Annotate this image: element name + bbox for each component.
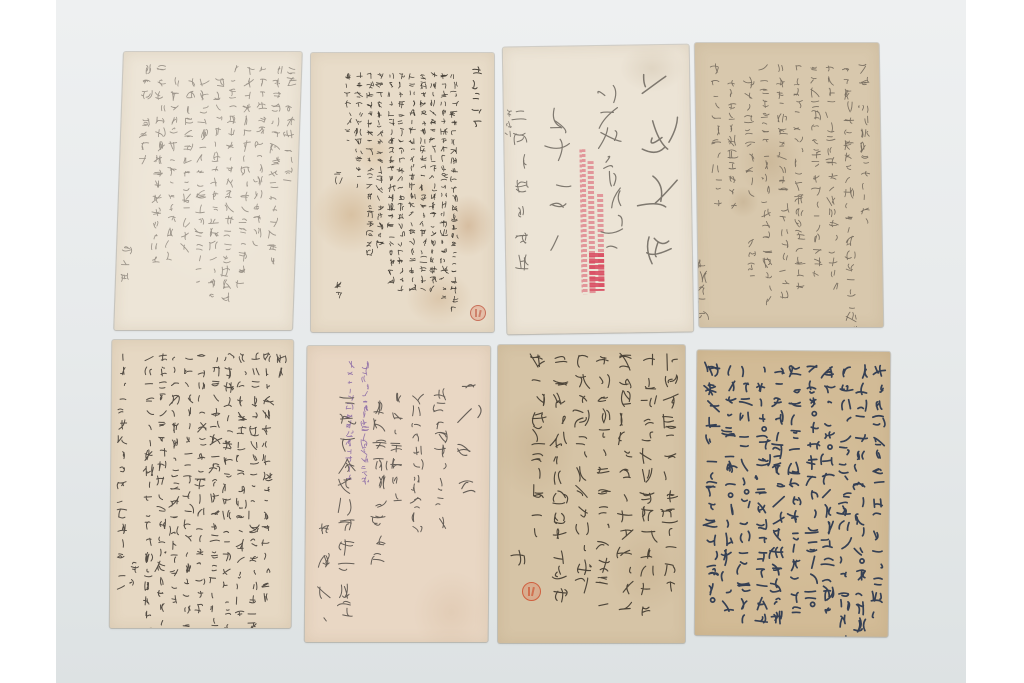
handwriting-strokes bbox=[808, 63, 824, 291]
handwriting-strokes bbox=[194, 352, 208, 628]
handwritten-text: 拝啓暫くの間御無沙汰致しましてすみません其の御家族様に御かはりは御座いませんか小… bbox=[110, 340, 294, 628]
text-column: 許して下さい皆様には其の後ト bbox=[595, 353, 613, 611]
handwriting-strokes bbox=[154, 352, 168, 628]
text-column: 拝啓初冬の候と相成りました bbox=[661, 353, 679, 595]
postcard-row2-4: 緑の陵線をゆるやかなカーブを描き向ふのお国まで伸びてゐる。白い線本かの道がのたく… bbox=[695, 350, 890, 637]
text-column: って匪賊の討伐に当分中の頃であります bbox=[168, 352, 182, 607]
text-column: 御祈り申上げ候 bbox=[390, 391, 404, 507]
text-column: 北満の曠野より遙かに bbox=[432, 386, 448, 529]
text-column: 草々 bbox=[128, 352, 142, 592]
text-column: 三田勇、 bbox=[316, 521, 333, 633]
handwriting-strokes bbox=[869, 364, 887, 637]
handwriting-strokes bbox=[119, 64, 138, 296]
handwriting-strokes bbox=[115, 352, 129, 605]
handwritten-text: 前略 御免下さいませ御送別会以来参上も致さず失礼致し過ぎし日は色々と御世話に相成… bbox=[114, 52, 302, 330]
text-column: 尚時節柄御身御大切に御自愛の程祈上げ候 bbox=[376, 72, 384, 250]
text-column: 向ふのお国まで伸びてゐる。白い線本か bbox=[852, 364, 871, 637]
handwritten-text: 謹賀新年遠き地より貴方の萬福を祈る昭和十六年元旦於徐州 bbox=[503, 45, 693, 335]
red-seal-stamp bbox=[470, 305, 486, 321]
text-column: 寒気は格別に候へ共一同意気軒昂にて軍務に精励致し bbox=[419, 72, 427, 294]
handwriting-strokes bbox=[824, 63, 840, 303]
text-column: 拝啓 bbox=[275, 352, 287, 382]
text-column: てあっと云ふ間だ。まだ稲田んぼや bbox=[720, 362, 738, 614]
handwriting-strokes bbox=[247, 352, 261, 628]
red-seal-stamp bbox=[522, 582, 541, 601]
handwriting-strokes bbox=[336, 391, 358, 642]
handwriting-strokes bbox=[769, 363, 787, 637]
handwriting-strokes bbox=[786, 363, 804, 637]
handwriting-strokes bbox=[376, 72, 384, 258]
text-column: 昭和十二年一月元旦 bbox=[369, 398, 387, 569]
handwritten-text: 謹賀新年北満の曠野より遙かに東京の御幸福と御健康を御祈り申上げ候昭和十二年一月元… bbox=[305, 346, 491, 642]
text-column: 咲キラキラと見える川のあっちには bbox=[786, 363, 804, 621]
text-column: 御送別会以来参上も致さず失礼致し bbox=[265, 64, 283, 267]
handwriting-strokes bbox=[260, 352, 274, 617]
handwriting-strokes bbox=[334, 72, 342, 308]
text-column: これより寒さは一段と厳しくなりますが bbox=[808, 63, 823, 279]
postcard-row1-3: 謹賀新年遠き地より貴方の萬福を祈る昭和十六年元旦於徐州 bbox=[503, 45, 693, 335]
handwriting-strokes bbox=[409, 391, 424, 550]
handwriting-strokes bbox=[141, 352, 155, 628]
text-column: 其の御家族様に御かはりは御座いませんか小 bbox=[247, 352, 261, 628]
handwriting-strokes bbox=[390, 391, 404, 520]
text-column: よその国の衛兵といふ白壁の家が並 bbox=[769, 363, 787, 628]
handwriting-strokes bbox=[841, 63, 858, 327]
text-column: 候先は右年頭の御挨拶旁々近況御報告まで申述べ候 bbox=[387, 72, 395, 286]
postcard-row2-2: 将来宛名ハ満洲國穆棱林永田部隊ト記載セザルハ郵便物遅達ノ虞アリ 謹賀新年北満の曠… bbox=[305, 346, 491, 642]
handwriting-strokes bbox=[234, 352, 248, 628]
handwriting-strokes bbox=[758, 63, 774, 319]
postcard-row1-2: 謹而迎新年候益々御清栄の段奉賀候陳者旧臘中は一方ならぬ御厚情に預り誠に難有厚く御… bbox=[311, 53, 494, 332]
text-column: 謹而迎新年 bbox=[471, 65, 482, 133]
text-column: てゐる。勿論俺は馬に乗ってゐる。 bbox=[803, 363, 821, 610]
text-column: 生も毎日元気で軍務に務めて居りますから bbox=[234, 352, 248, 622]
text-column: 乍末筆御両親様へ宜しく御鳳声の程願上げ候 bbox=[366, 72, 374, 258]
text-column: よくわかりますが手紙は必ず届きますから bbox=[824, 63, 840, 291]
handwriting-strokes bbox=[752, 363, 770, 637]
text-column: 前略 御免下さいませ bbox=[282, 64, 297, 189]
text-column: にけしとぶだらう。こっちの兵舎だっ bbox=[736, 363, 754, 628]
text-column: 中支陽陸様に毎日勉学精励下 bbox=[551, 353, 569, 605]
text-column: 先づは右御知らせまで よろしく bbox=[742, 63, 757, 284]
text-column: の道がのたくり、秋草がとりどりに咲き bbox=[835, 363, 853, 636]
handwriting-strokes bbox=[819, 363, 837, 635]
handwriting-strokes bbox=[397, 72, 405, 302]
text-column: たらうこゝ満洲は漸く暖かき春となりまして雪 bbox=[207, 352, 221, 628]
handwriting-strokes bbox=[181, 352, 195, 628]
handwriting-strokes bbox=[595, 83, 624, 277]
text-column: 濱江省穆棱站林永田部隊 bbox=[336, 391, 358, 622]
text-column: くれぐれも御身御大切に皆様へ宜しく bbox=[115, 352, 129, 594]
handwriting-strokes bbox=[573, 353, 591, 615]
text-column: 昭和十六年元旦 bbox=[512, 104, 532, 279]
text-column: 拝啓 御手紙拝見致しました bbox=[857, 63, 872, 227]
handwriting-strokes bbox=[742, 63, 758, 296]
handwriting-strokes bbox=[429, 72, 437, 302]
text-column: 預り誠に難有厚く御礼申上げ候扨て当方も皆々元気にて bbox=[440, 72, 448, 302]
text-column: 謹賀新年 bbox=[634, 59, 682, 288]
handwriting-strokes bbox=[408, 72, 416, 302]
handwriting-strokes bbox=[282, 64, 298, 200]
handwriting-strokes bbox=[736, 363, 754, 637]
handwriting-strokes bbox=[857, 63, 872, 239]
text-column: ことよりすべてが一寸と御知らせ致しません bbox=[154, 352, 168, 628]
text-column: 陽雨り落ちて陽暮の寒き毎日 bbox=[573, 353, 591, 597]
handwriting-strokes bbox=[529, 353, 547, 557]
text-column: 謹賀新年 bbox=[456, 368, 479, 512]
text-column: いつまでも元気で居りますから御安心下さい bbox=[758, 63, 774, 307]
postcard-row2-3: 拝啓初冬の候と相成りました皆々様には御壮健陽暦は初冬ざ謝し十分御健康の事と存じま… bbox=[498, 345, 685, 643]
text-column: ら申し上げます又其の中に御手紙を出します bbox=[141, 352, 155, 628]
text-column: 皆様はお元気と存じ御返事を一報待ちます bbox=[775, 63, 791, 300]
text-column: 暫くの間御無沙汰致しましてすみません bbox=[260, 352, 274, 606]
text-column: 御一同様の御健康を祈りつゝ bbox=[355, 72, 363, 191]
handwriting-strokes bbox=[369, 398, 388, 586]
postcard-row1-1: 前略 御免下さいませ御送別会以来参上も致さず失礼致し過ぎし日は色々と御世話に相成… bbox=[114, 52, 302, 330]
handwriting-strokes bbox=[432, 386, 448, 544]
handwriting-strokes bbox=[634, 59, 682, 332]
handwriting-strokes bbox=[512, 104, 532, 296]
handwritten-text: 謹而迎新年候益々御清栄の段奉賀候陳者旧臘中は一方ならぬ御厚情に預り誠に難有厚く御… bbox=[311, 53, 494, 332]
handwriting-strokes bbox=[639, 353, 657, 637]
handwriting-strokes bbox=[835, 363, 854, 636]
text-column: 緑の陵線をゆるやかなカーブを描き bbox=[869, 364, 887, 623]
text-column: 田山之周邑には俺の分まで積む。 bbox=[703, 362, 721, 606]
text-column: 早り五年済みて下さい bbox=[529, 353, 547, 539]
text-column: 於徐州 bbox=[505, 109, 514, 139]
handwriting-strokes bbox=[344, 72, 352, 153]
text-column: んでゐる。無論やつらはアッといふ間 bbox=[753, 363, 771, 629]
text-column: があってこまります尚小生当地に来てからま bbox=[181, 352, 195, 628]
handwriting-strokes bbox=[471, 65, 482, 144]
text-column: 謝し十分御健康の事と存じます bbox=[617, 353, 635, 615]
text-column: 茂 bbox=[507, 353, 525, 568]
handwriting-strokes bbox=[355, 72, 363, 199]
postcard-row2-1: 拝啓暫くの間御無沙汰致しましてすみません其の御家族様に御かはりは御座いませんか小… bbox=[110, 340, 294, 628]
handwriting-strokes bbox=[128, 352, 142, 604]
handwriting-strokes bbox=[366, 72, 374, 266]
handwritten-text: 拝啓 御手紙拝見致しました刀の件結構に存じます北の地は大変寒く乍ら元気よくわかり… bbox=[695, 43, 883, 327]
handwriting-strokes bbox=[456, 368, 479, 534]
handwriting-strokes bbox=[387, 72, 395, 294]
handwriting-strokes bbox=[316, 521, 333, 642]
text-column: 御安心下さい故郷はもう暖かき春となりまし bbox=[220, 352, 234, 628]
postcard-row1-4: 拝啓 御手紙拝見致しました刀の件結構に存じます北の地は大変寒く乍ら元気よくわかり… bbox=[695, 43, 883, 327]
handwriting-strokes bbox=[595, 353, 613, 629]
text-column: 於日野 九月十日 bbox=[138, 64, 153, 168]
handwriting-strokes bbox=[137, 64, 152, 179]
handwriting-strokes bbox=[852, 364, 871, 637]
handwriting-strokes bbox=[275, 352, 287, 394]
text-column: くれぐれも御身御大切に bbox=[725, 63, 739, 212]
handwriting-strokes bbox=[719, 362, 737, 630]
handwriting-strokes bbox=[703, 362, 721, 622]
text-column: 居り候本年も相変らず御指導御鞭撻の程偏に願上げ候 bbox=[408, 72, 416, 294]
handwriting-strokes bbox=[505, 109, 515, 148]
text-column: 萬福を祈る bbox=[544, 107, 574, 251]
text-column: 新春を迎へ申し候間乍他事御休心下され度く候当地の bbox=[429, 72, 437, 294]
handwriting-strokes bbox=[419, 72, 427, 302]
handwriting-strokes bbox=[775, 63, 791, 312]
text-column: 荒秋男 bbox=[119, 64, 138, 285]
handwriting-strokes bbox=[725, 63, 740, 224]
text-column: 乱れてゐる。青空には白い雲が光っ bbox=[819, 363, 837, 619]
text-column: 皆々様には御壮健陽暦は初冬ざ bbox=[639, 353, 657, 619]
handwriting-strokes bbox=[802, 363, 820, 626]
handwriting-strokes bbox=[709, 63, 723, 222]
text-column: 尚末筆乍ら御尊家御一同様の御多幸を遙かに祈り上げ bbox=[397, 72, 405, 294]
handwriting-strokes bbox=[551, 353, 569, 623]
handwriting-strokes bbox=[661, 353, 679, 613]
handwriting-strokes bbox=[207, 352, 221, 628]
text-column: 遠くより御無事を祈ります bbox=[709, 63, 723, 210]
text-column: 先は取急ぎ右まで bbox=[344, 72, 352, 145]
text-column: 東京の御幸福と御健康を bbox=[409, 391, 424, 536]
handwriting-strokes bbox=[168, 352, 182, 619]
handwriting-strokes bbox=[450, 72, 458, 322]
text-column: 遠き地より貴方の bbox=[595, 83, 624, 251]
text-column: 元旦 敬具 bbox=[334, 72, 342, 300]
handwriting-strokes bbox=[507, 353, 525, 586]
handwriting-strokes bbox=[220, 352, 234, 628]
handwriting-strokes bbox=[440, 72, 448, 310]
handwriting-strokes bbox=[791, 63, 807, 303]
text-column: 候益々御清栄の段奉賀候陳者旧臘中は一方ならぬ御厚情に bbox=[450, 72, 458, 314]
text-column: 水がとけて其の所は泥となりまして誠に道 bbox=[194, 352, 208, 618]
text-column: 刀の件結構に存じます北の地は大変寒く乍ら元気 bbox=[841, 63, 857, 327]
handwritten-text: 緑の陵線をゆるやかなカーブを描き向ふのお国まで伸びてゐる。白い線本かの道がのたく… bbox=[695, 350, 890, 637]
handwriting-strokes bbox=[544, 107, 575, 279]
text-column: おかはりありませんか御便りは未だ届かず bbox=[791, 63, 807, 291]
handwriting-strokes bbox=[617, 353, 635, 633]
